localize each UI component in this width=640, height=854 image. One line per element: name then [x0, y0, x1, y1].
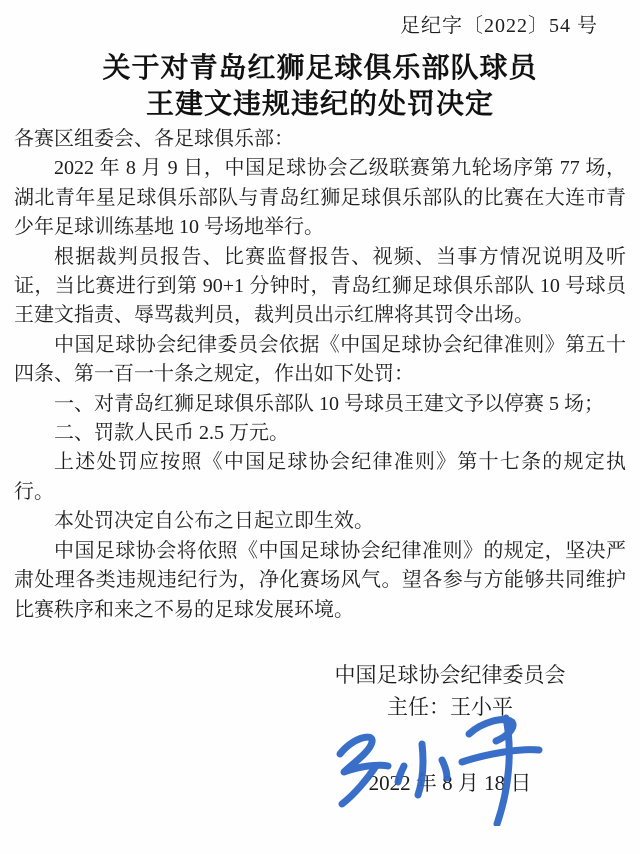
paragraph: 上述处罚应按照《中国足球协会纪律准则》第十七条的规定执行。 — [14, 448, 626, 507]
signoff-date: 2022 年 8 月 18 日 — [369, 771, 532, 795]
date-block: 2022 年 8 月 18 日 — [290, 771, 610, 795]
document-page: 足纪字〔2022〕54 号 关于对青岛红狮足球俱乐部队球员 王建文违规违纪的处罚… — [0, 0, 640, 854]
salutation: 各赛区组委会、各足球俱乐部： — [14, 125, 626, 154]
paragraph: 中国足球协会纪律委员会依据《中国足球协会纪律准则》第五十四条、第一百一十条之规定… — [14, 331, 626, 390]
signoff-director: 主任：王小平 — [290, 691, 610, 723]
title-line-1: 关于对青岛红狮足球俱乐部队球员 — [14, 50, 626, 86]
paragraph: 二、罚款人民币 2.5 万元。 — [14, 419, 626, 448]
handwritten-signature-icon — [334, 714, 549, 826]
document-body-block: 各赛区组委会、各足球俱乐部： 2022 年 8 月 9 日，中国足球协会乙级联赛… — [14, 125, 626, 625]
signoff-block: 中国足球协会纪律委员会 主任：王小平 — [290, 659, 610, 723]
signoff-org: 中国足球协会纪律委员会 — [290, 659, 610, 691]
paragraph: 本处罚决定自公布之日起立即生效。 — [14, 507, 626, 536]
title-line-2: 王建文违规违纪的处罚决定 — [14, 86, 626, 122]
paragraph: 2022 年 8 月 9 日，中国足球协会乙级联赛第九轮场序第 77 场，湖北青… — [14, 154, 626, 242]
paragraph: 根据裁判员报告、比赛监督报告、视频、当事方情况说明及听证，当比赛进行到第 90+… — [14, 243, 626, 331]
paragraph: 中国足球协会将依照《中国足球协会纪律准则》的规定，坚决严肃处理各类违规违纪行为，… — [14, 537, 626, 625]
document-title: 关于对青岛红狮足球俱乐部队球员 王建文违规违纪的处罚决定 — [14, 50, 626, 122]
doc-number: 足纪字〔2022〕54 号 — [14, 12, 626, 40]
paragraph: 一、对青岛红狮足球俱乐部队 10 号球员王建文予以停赛 5 场； — [14, 390, 626, 419]
document-body: 2022 年 8 月 9 日，中国足球协会乙级联赛第九轮场序第 77 场，湖北青… — [14, 154, 626, 625]
